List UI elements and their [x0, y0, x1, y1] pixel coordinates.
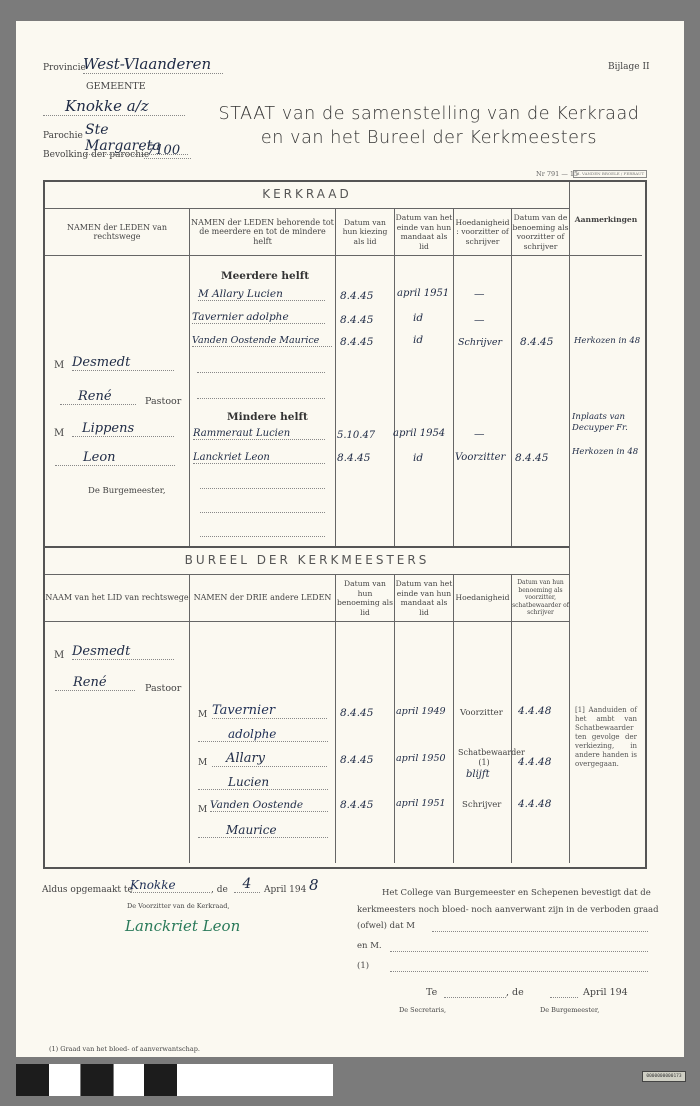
- voorzitter-signature: Lanckriet Leon: [125, 917, 240, 935]
- kerkraad-col-header-einde: Datum van het einde van hun mandaat als …: [395, 210, 453, 254]
- document-title-line2: en van het Bureel der Kerkmeesters: [205, 127, 653, 150]
- ex-officio-name: Desmedt: [72, 644, 174, 660]
- secretaris-label: De Secretaris,: [399, 1006, 446, 1014]
- college-field-graad[interactable]: [390, 961, 648, 972]
- day-field[interactable]: [550, 987, 578, 998]
- benoeming-date: 8.4.45: [520, 336, 553, 348]
- bevolking-value: 7100: [144, 143, 191, 159]
- kerkraad-col-header-members: NAMEN der LEDEN behorende tot de meerder…: [190, 210, 335, 254]
- parochie-label: Parochie: [43, 131, 83, 141]
- einde-date: id: [413, 452, 423, 464]
- te-field[interactable]: [444, 987, 506, 998]
- member-name: Tavernier adolphe: [192, 311, 325, 324]
- calibration-black-patch: [144, 1064, 177, 1096]
- calibration-white-bar: [177, 1064, 333, 1096]
- bureel-col-header-hoedanigheid: Hoedanigheid: [454, 576, 511, 620]
- member-name: M Allary Lucien: [198, 288, 325, 301]
- divider: [335, 575, 336, 863]
- aanmerking: Herkozen in 48: [572, 447, 638, 457]
- datum-value: 4.4.48: [518, 756, 551, 768]
- ex-officio-first: René: [55, 675, 135, 691]
- member-firstname: Lucien: [198, 775, 328, 790]
- member-prefix: M: [198, 805, 207, 815]
- document-title-line1: STAAT van de samenstelling van de Kerkra…: [205, 103, 653, 126]
- hoedanigheid-extra: blijft: [466, 769, 490, 780]
- kerkraad-section-title: KERKRAAD: [45, 187, 569, 201]
- member-name-empty: [200, 476, 325, 489]
- kiezing-date: 8.4.45: [340, 336, 373, 348]
- divider: [45, 574, 569, 575]
- gemeente-value: Knokke a/z: [43, 97, 185, 116]
- burgemeester-label: De Burgemeester,: [540, 1006, 599, 1014]
- datum-value: 4.4.48: [518, 705, 551, 717]
- college-field-en-m[interactable]: [390, 941, 648, 952]
- form-number: Nr 791 — 15: [536, 170, 578, 178]
- divider: [394, 575, 395, 863]
- en-m-label: en M.: [357, 941, 382, 951]
- benoeming-date: 8.4.45: [340, 707, 373, 719]
- ex-officio-prefix: M: [54, 650, 64, 661]
- member-prefix: M: [198, 758, 207, 768]
- opgemaakt-month: April 194: [264, 885, 306, 895]
- ex-officio-first: Leon: [55, 450, 175, 466]
- ex-officio-prefix: M: [54, 428, 64, 439]
- benoeming-date: 8.4.45: [515, 452, 548, 464]
- bevolking-label: Bevolking der parochie: [43, 150, 149, 160]
- opgemaakt-day: 4: [234, 876, 260, 893]
- ex-officio-role: Pastoor: [145, 396, 181, 407]
- divider: [511, 575, 512, 863]
- member-name: Rammeraut Lucien: [193, 428, 325, 440]
- bureel-section-title: BUREEL DER KERKMEESTERS: [45, 553, 569, 567]
- divider: [453, 575, 454, 863]
- bijlage-label: Bijlage II: [608, 62, 650, 72]
- hoedanigheid-value: Schrijver: [458, 337, 502, 348]
- member-firstname: adolphe: [198, 727, 328, 742]
- divider: [189, 575, 190, 863]
- opgemaakt-label: Aldus opgemaakt te: [42, 885, 133, 895]
- kerkraad-col-header-aanmerkingen: Aanmerkingen: [570, 200, 642, 240]
- benoeming-date: 8.4.45: [340, 799, 373, 811]
- member-surname: Tavernier: [212, 703, 327, 719]
- divider: [394, 209, 395, 546]
- kerkraad-col-header-kiezing: Datum van hun kiezing als lid: [336, 210, 394, 254]
- college-text-2: kerkmeesters noch bloed- noch aanverwant…: [357, 905, 659, 915]
- divider: [453, 209, 454, 546]
- college-text-1: Het College van Burgemeester en Schepene…: [382, 888, 651, 898]
- calibration-black-patch: [16, 1064, 49, 1096]
- kiezing-date: 5.10.47: [337, 430, 375, 441]
- kerkraad-col-header-ex-officio: NAMEN der LEDEN van rechtswege: [45, 210, 189, 254]
- bureel-col-header-ex-officio: NAAM van het LID van rechtswege: [45, 576, 189, 620]
- einde-date: id: [413, 312, 423, 324]
- hoedanigheid-value: Schrijver: [462, 800, 501, 810]
- kiezing-date: 8.4.45: [340, 290, 373, 302]
- bureel-col-header-datum: Datum van hun benoeming als voorzitter, …: [512, 576, 569, 620]
- member-name-empty: [197, 360, 325, 373]
- kiezing-date: 8.4.45: [340, 314, 373, 326]
- college-text-3: (ofwel) dat M: [357, 921, 415, 931]
- member-prefix: M: [198, 710, 207, 720]
- member-name: Vanden Oostende Maurice: [192, 335, 332, 347]
- member-name-empty: [200, 500, 325, 513]
- divider: [189, 209, 190, 546]
- kiezing-date: 8.4.45: [337, 452, 370, 464]
- de-label: , de: [506, 987, 524, 998]
- calibration-white-patch: [49, 1064, 80, 1096]
- divider: [335, 209, 336, 546]
- mindere-helft-label: Mindere helft: [227, 411, 308, 423]
- einde-date: april 1950: [396, 753, 446, 764]
- ex-officio-name: Lippens: [72, 421, 174, 437]
- calibration-white-patch: [114, 1064, 144, 1096]
- aanmerking: Inplaats van Decuyper Fr.: [572, 412, 642, 434]
- section-divider: [45, 546, 569, 548]
- barcode-label: 0000000000173: [642, 1071, 686, 1082]
- bureel-col-header-benoeming: Datum van hun benoeming als lid: [336, 576, 394, 620]
- ex-officio-prefix: M: [54, 360, 64, 371]
- ex-officio-role: Pastoor: [145, 683, 181, 694]
- bureel-col-header-einde: Datum van het einde van hun mandaat als …: [395, 576, 453, 620]
- divider: [45, 208, 569, 209]
- hoedanigheid-value: —: [474, 428, 485, 440]
- member-surname: Allary: [212, 751, 327, 767]
- gemeente-label: GEMEENTE: [86, 81, 146, 92]
- calibration-black-patch: [81, 1064, 113, 1096]
- member-name-empty: [197, 386, 325, 399]
- bureel-remark: [1] Aanduiden of het ambt van Schatbewaa…: [575, 706, 637, 769]
- member-name: Lanckriet Leon: [193, 452, 325, 464]
- hoedanigheid-value: Voorzitter: [455, 452, 505, 463]
- note-ref: (1): [357, 961, 369, 971]
- einde-date: id: [413, 334, 423, 346]
- voorzitter-label: De Voorzitter van de Kerkraad,: [127, 902, 229, 910]
- kerkraad-col-header-hoedanigheid: Hoedanigheid : voorzitter of schrijver: [454, 210, 511, 254]
- member-firstname: Maurice: [198, 823, 328, 838]
- footnote: (1) Graad van het bloed- of aanverwantsc…: [49, 1045, 200, 1053]
- hoedanigheid-value: —: [474, 288, 485, 300]
- printer-stamp: H. VANDEN BROELE / FERRAUT: [573, 170, 647, 178]
- kerkraad-col-header-benoeming: Datum van de benoeming als voorzitter of…: [512, 210, 569, 254]
- meerdere-helft-label: Meerdere helft: [221, 270, 309, 282]
- divider: [511, 209, 512, 546]
- april-label: April 194: [583, 987, 628, 998]
- aanmerking: Herkozen in 48: [574, 336, 640, 346]
- hoedanigheid-value: Schatbewaarder (1): [458, 748, 510, 768]
- ex-officio-first: René: [60, 389, 136, 405]
- hoedanigheid-value: —: [474, 314, 485, 326]
- datum-value: 4.4.48: [518, 798, 551, 810]
- provincie-label: Provincie: [43, 63, 86, 73]
- einde-date: april 1951: [397, 288, 449, 299]
- einde-date: april 1954: [393, 428, 445, 439]
- college-field-m[interactable]: [432, 921, 648, 932]
- opgemaakt-place: Knokke: [130, 878, 210, 893]
- provincie-value: West-Vlaanderen: [83, 55, 223, 74]
- benoeming-date: 8.4.45: [340, 754, 373, 766]
- opgemaakt-de: , de: [211, 885, 228, 895]
- member-name-empty: [200, 524, 325, 537]
- ex-officio-name: Desmedt: [72, 355, 174, 371]
- bureel-col-header-members: NAMEN der DRIE andere LEDEN: [190, 576, 335, 620]
- opgemaakt-year-digit: 8: [309, 876, 319, 894]
- hoedanigheid-value: Voorzitter: [460, 708, 503, 718]
- member-surname: Vanden Oostende: [210, 799, 328, 812]
- einde-date: april 1951: [396, 798, 446, 809]
- ex-officio-role: De Burgemeester,: [88, 486, 166, 496]
- te-label: Te: [426, 987, 437, 998]
- divider: [45, 621, 569, 622]
- divider: [45, 255, 642, 256]
- divider: [569, 548, 570, 863]
- einde-date: april 1949: [396, 706, 446, 717]
